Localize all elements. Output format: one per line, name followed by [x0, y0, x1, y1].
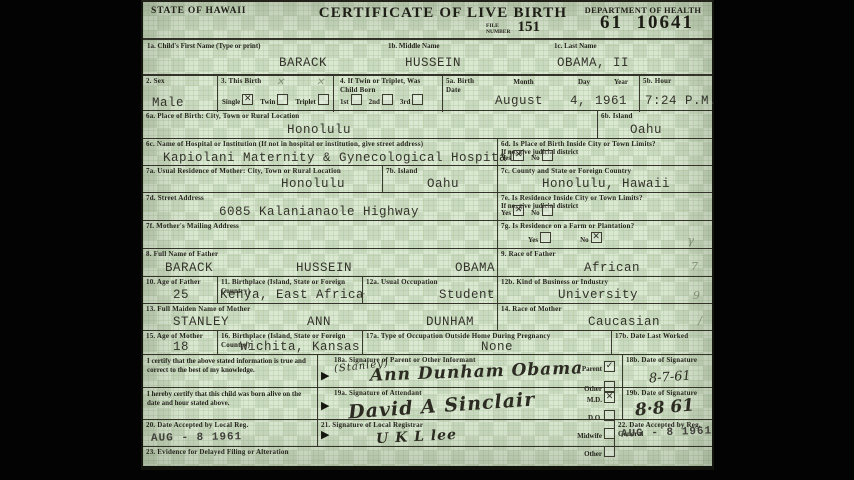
- row-mother-details: 15. Age of Mother 18 16. Birthplace (Isl…: [143, 330, 712, 355]
- field-1a-label: 1a. Child's First Name (Type or print): [147, 42, 261, 51]
- arrow-icon: ▶: [321, 430, 329, 441]
- field-5a-label: 5a. Birth Date: [446, 77, 476, 94]
- field-6c-label: 6c. Name of Hospital or Institution (If …: [146, 140, 495, 149]
- field-7d-value: 6085 Kalanianaole Highway: [219, 206, 419, 219]
- file-number-block: FILE NUMBER 151: [486, 17, 540, 35]
- row-father-details: 10. Age of Father 25 11. Birthplace (Isl…: [143, 276, 712, 304]
- checkbox-3rd: [412, 94, 423, 105]
- field-7a-value: Honolulu: [281, 178, 345, 191]
- field-16-mother-birthplace: 16. Birthplace (Island, State or Foreign…: [217, 331, 362, 355]
- pencil-mark-mother: /: [698, 314, 702, 327]
- checkbox-7e-no: [542, 205, 553, 216]
- field-6a-value: Honolulu: [287, 124, 351, 137]
- field-1c-label: 1c. Last Name: [554, 42, 597, 51]
- no-label: No: [580, 236, 589, 244]
- field-16-value: Wichita, Kansas: [240, 341, 360, 354]
- row-attendant-signature: I hereby certify that this child was bor…: [143, 387, 712, 420]
- field-6b-value: Oahu: [630, 124, 662, 137]
- checkbox-label-md: M.D.: [587, 396, 602, 404]
- checkbox-7g-yes: [540, 232, 551, 243]
- checkbox-2nd: [382, 94, 393, 105]
- field-13-last: DUNHAM: [426, 316, 474, 329]
- date-stamp-local: AUG - 8 1961: [151, 431, 242, 445]
- field-2-sex: 2. Sex Male: [143, 76, 217, 112]
- checkbox-single: [242, 94, 253, 105]
- field-15-mother-age: 15. Age of Mother 18: [143, 331, 217, 355]
- checkbox-label-3rd: 3rd: [400, 98, 411, 106]
- field-5a-month: August: [495, 95, 543, 108]
- checkbox-label-twin: Twin: [260, 98, 275, 106]
- field-5b-value: 7:24 P.M.: [645, 95, 717, 108]
- field-7d-street: 7d. Street Address 6085 Kalanianaole Hig…: [143, 193, 497, 221]
- field-6c-hospital: 6c. Name of Hospital or Institution (If …: [143, 139, 497, 166]
- checkbox-label-single: Single: [222, 98, 240, 106]
- arrow-icon: ▶: [321, 371, 329, 382]
- pencil-mark-student: ᴜ: [488, 288, 493, 298]
- field-1a-value: BARACK: [279, 57, 327, 70]
- row-parent-signature: I certify that the above stated informat…: [143, 354, 712, 388]
- file-number: 151: [517, 20, 540, 35]
- field-14-value: Caucasian: [588, 316, 660, 329]
- checkbox-triplet: [318, 94, 329, 105]
- field-12b-industry: 12b. Kind of Business or Industry Univer…: [497, 277, 716, 304]
- row-residence: 7a. Usual Residence of Mother: City, Tow…: [143, 165, 712, 193]
- field-7e-city-limits: 7e. Is Residence Inside City or Town Lim…: [497, 193, 716, 221]
- row-mother-name: 13. Full Maiden Name of Mother STANLEY A…: [143, 303, 712, 331]
- field-8-father-name: 8. Full Name of Father BARACK HUSSEIN OB…: [143, 249, 497, 277]
- field-8-first: BARACK: [165, 262, 213, 275]
- field-14-mother-race: 14. Race of Mother Caucasian /: [497, 304, 716, 331]
- field-13-label: 13. Full Maiden Name of Mother: [146, 305, 495, 314]
- field-7a-label: 7a. Usual Residence of Mother: City, Tow…: [146, 167, 380, 176]
- checkbox-6d-no: [542, 150, 553, 161]
- field-7f-mailing: 7f. Mother's Mailing Address: [143, 221, 497, 249]
- arrow-icon: ▶: [321, 401, 329, 412]
- field-19b-value: 8·8 61: [634, 395, 695, 420]
- field-7b-label: 7b. Island: [386, 167, 495, 176]
- cert2-text: I hereby certify that this child was bor…: [147, 390, 313, 408]
- no-label: No: [531, 209, 540, 217]
- field-13-mother-name: 13. Full Maiden Name of Mother STANLEY A…: [143, 304, 497, 331]
- certificate-number: 61 10641: [581, 12, 713, 34]
- field-7c-county: 7c. County and State or Foreign Country …: [497, 166, 716, 193]
- field-7a-residence: 7a. Usual Residence of Mother: City, Tow…: [143, 166, 382, 193]
- row-birth-details: 2. Sex Male 3. This Birth ✕ ✕ Single Twi…: [143, 74, 712, 112]
- checkbox-label-triplet: Triplet: [295, 98, 315, 106]
- field-10-label: 10. Age of Father: [146, 278, 215, 287]
- state-name: STATE OF HAWAII: [151, 6, 246, 16]
- field-12b-label: 12b. Kind of Business or Industry: [501, 278, 714, 287]
- field-2-label: 2. Sex: [146, 77, 215, 86]
- field-9-label: 9. Race of Father: [501, 250, 714, 259]
- field-19b-signature-date: 19b. Date of Signature 8·8 61: [622, 388, 716, 420]
- field-7b-island: 7b. Island Oahu: [382, 166, 497, 193]
- field-18a-parent-signature: 18a. Signature of Parent or Other Inform…: [317, 355, 622, 388]
- field-7d-label: 7d. Street Address: [146, 194, 495, 203]
- field-12b-value: University: [558, 289, 638, 302]
- field-21-registrar-signature: 21. Signature of Local Registrar ▶ U K L…: [317, 420, 614, 447]
- checkbox-label-2nd: 2nd: [369, 98, 380, 106]
- field-10-father-age: 10. Age of Father 25: [143, 277, 217, 304]
- field-15-value: 18: [173, 341, 189, 354]
- pencil-mark-father: 7: [691, 260, 698, 273]
- field-7b-value: Oahu: [427, 178, 459, 191]
- field-5b-hour: 5b. Hour 7:24 P.M.: [639, 76, 716, 112]
- pencil-mark-farm: γ: [687, 234, 694, 247]
- checkbox-7e-yes: [513, 205, 524, 216]
- field-5b-label: 5b. Hour: [643, 77, 714, 86]
- field-20-label: 20. Date Accepted by Local Reg.: [146, 421, 315, 430]
- field-9-father-race: 9. Race of Father African 7: [497, 249, 716, 277]
- pencil-mark-kenya: ≻: [357, 289, 365, 300]
- field-10-value: 25: [173, 289, 189, 302]
- video-frame: STATE OF HAWAII CERTIFICATE OF LIVE BIRT…: [0, 0, 854, 480]
- field-18b-value: 8-7-61: [649, 369, 692, 387]
- checkbox-md: [604, 392, 615, 403]
- checkbox-6d-yes: [513, 150, 524, 161]
- field-1c-value: OBAMA, II: [557, 57, 629, 70]
- column-day-header: Day: [566, 78, 602, 86]
- field-21-label: 21. Signature of Local Registrar: [321, 421, 612, 430]
- field-23-label: 23. Evidence for Delayed Filing or Alter…: [146, 448, 714, 457]
- field-17b-date-worked: 17b. Date Last Worked: [611, 331, 716, 355]
- cert1-text: I certify that the above stated informat…: [147, 357, 313, 375]
- field-6b-island: 6b. Island Oahu: [597, 111, 716, 139]
- field-1b-label: 1b. Middle Name: [388, 42, 440, 51]
- field-8-label: 8. Full Name of Father: [146, 250, 495, 259]
- birth-certificate-document: STATE OF HAWAII CERTIFICATE OF LIVE BIRT…: [141, 0, 714, 470]
- yes-label: Yes: [501, 209, 511, 217]
- field-5a-birth-date: 5a. Birth Date Month Day Year August 4, …: [442, 76, 639, 112]
- field-9-value: African: [584, 262, 640, 275]
- yes-label: Yes: [528, 236, 538, 244]
- pencil-smudge-2: ✕: [316, 77, 324, 88]
- signature-registrar: U K L lee: [376, 427, 458, 447]
- checkbox-7g-no: [591, 232, 602, 243]
- field-7c-value: Honolulu, Hawaii: [542, 178, 670, 191]
- field-13-first: STANLEY: [173, 316, 229, 329]
- field-17a-value: None: [481, 341, 513, 354]
- checkbox-label-parent: Parent: [582, 365, 602, 373]
- row-mailing-address: 7f. Mother's Mailing Address 7g. Is Resi…: [143, 220, 712, 249]
- field-11-father-birthplace: 11. Birthplace (Island, State or Foreign…: [217, 277, 362, 304]
- field-5a-day: 4,: [570, 95, 586, 108]
- field-13-middle: ANN: [307, 316, 331, 329]
- field-8-middle: HUSSEIN: [296, 262, 352, 275]
- checkbox-twin: [277, 94, 288, 105]
- certification-statement-1: I certify that the above stated informat…: [143, 355, 317, 388]
- field-6d-city-limits: 6d. Is Place of Birth Inside City or Tow…: [497, 139, 716, 166]
- no-label: No: [531, 154, 540, 162]
- yes-label: Yes: [501, 154, 511, 162]
- checkbox-parent: [604, 361, 615, 372]
- field-7c-label: 7c. County and State or Foreign Country: [501, 167, 714, 176]
- field-17b-label: 17b. Date Last Worked: [615, 332, 714, 341]
- row-child-name: 1a. Child's First Name (Type or print) 1…: [143, 38, 712, 76]
- field-19a-attendant-signature: 19a. Signature of Attendant ▶ David A Si…: [317, 388, 622, 420]
- field-12a-occupation: ≻ 12a. Usual Occupation Student ᴜ: [362, 277, 497, 304]
- date-stamp-general: AUG - 8 1961: [621, 425, 713, 440]
- field-7g-farm: 7g. Is Residence on a Farm or Plantation…: [497, 221, 716, 249]
- field-18b-signature-date: 18b. Date of Signature 8-7-61: [622, 355, 716, 388]
- certification-statement-2: I hereby certify that this child was bor…: [143, 388, 317, 420]
- field-23-evidence: 23. Evidence for Delayed Filing or Alter…: [143, 447, 716, 473]
- column-year-header: Year: [602, 78, 640, 86]
- field-17a-occupation: 17a. Type of Occupation Outside Home Dur…: [362, 331, 611, 355]
- field-6c-value: Kapiolani Maternity & Gynecological Hosp…: [163, 152, 515, 165]
- field-12a-label: 12a. Usual Occupation: [366, 278, 495, 287]
- row-father-name: 8. Full Name of Father BARACK HUSSEIN OB…: [143, 248, 712, 277]
- field-19b-label: 19b. Date of Signature: [626, 389, 714, 398]
- field-7f-label: 7f. Mother's Mailing Address: [146, 222, 495, 231]
- field-5a-year: 1961: [595, 95, 627, 108]
- row-place-of-birth: 6a. Place of Birth: City, Town or Rural …: [143, 110, 712, 139]
- row-hospital: 6c. Name of Hospital or Institution (If …: [143, 138, 712, 166]
- checkbox-label-1st: 1st: [340, 98, 349, 106]
- field-11-value: Kenya, East Africa: [220, 289, 364, 302]
- field-6b-label: 6b. Island: [601, 112, 714, 121]
- field-4-twin-order: 4. If Twin or Triplet, Was Child Born 1s…: [333, 76, 442, 112]
- row-street-address: 7d. Street Address 6085 Kalanianaole Hig…: [143, 192, 712, 221]
- pencil-mark-industry: 9: [693, 289, 700, 302]
- field-14-label: 14. Race of Mother: [501, 305, 714, 314]
- checkbox-1st: [351, 94, 362, 105]
- row-registrar: 20. Date Accepted by Local Reg. AUG - 8 …: [143, 419, 712, 447]
- field-18b-label: 18b. Date of Signature: [626, 356, 714, 365]
- field-3-this-birth: 3. This Birth ✕ ✕ Single Twin Triplet: [217, 76, 333, 112]
- field-6a-place: 6a. Place of Birth: City, Town or Rural …: [143, 111, 597, 139]
- number-label: NUMBER: [486, 29, 510, 35]
- field-22-reg-general-date: 22. Date Accepted by Reg. General AUG - …: [614, 420, 716, 447]
- field-1b-value: HUSSEIN: [405, 57, 461, 70]
- field-6a-label: 6a. Place of Birth: City, Town or Rural …: [146, 112, 595, 121]
- field-20-local-reg-date: 20. Date Accepted by Local Reg. AUG - 8 …: [143, 420, 317, 447]
- field-12a-value: Student: [439, 289, 495, 302]
- pencil-smudge-1: ✕: [276, 77, 284, 88]
- column-month-header: Month: [481, 78, 566, 86]
- field-2-value: Male: [152, 97, 184, 110]
- field-8-last: OBAMA: [455, 262, 495, 275]
- row-delayed-filing: 23. Evidence for Delayed Filing or Alter…: [143, 446, 712, 473]
